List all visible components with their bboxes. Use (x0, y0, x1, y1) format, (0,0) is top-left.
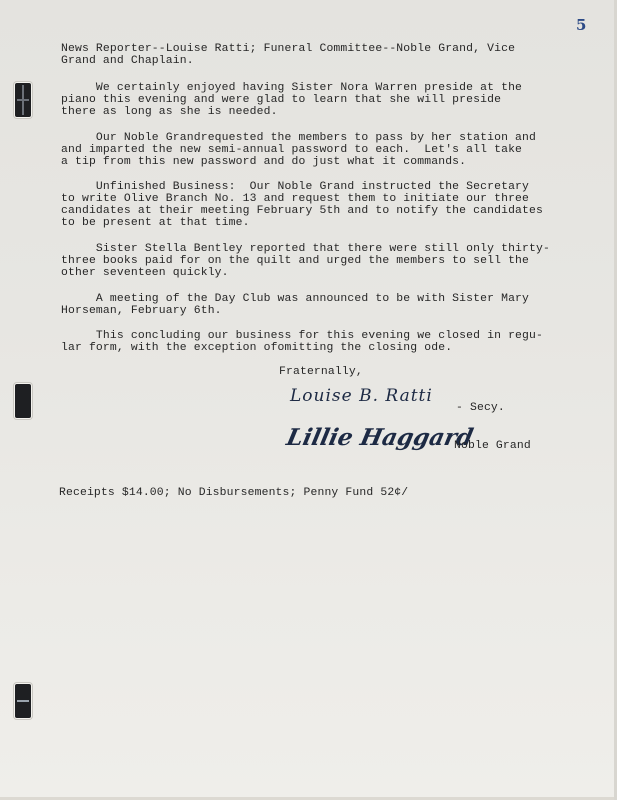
paragraph-password-line2: and imparted the new semi-annual passwor… (61, 144, 522, 156)
paragraph-committees-line2: Grand and Chaplain. (61, 55, 194, 67)
paragraph-closing-line1: This concluding our business for this ev… (61, 330, 543, 342)
binder-hole-top (15, 83, 31, 117)
paragraph-unfinished-business-line1: Unfinished Business: Our Noble Grand ins… (61, 181, 529, 193)
paragraph-day-club-line2: Horseman, February 6th. (61, 305, 222, 317)
paragraph-pianist-line2: piano this evening and were glad to lear… (61, 94, 501, 106)
paragraph-unfinished-business-line2: to write Olive Branch No. 13 and request… (61, 193, 529, 205)
paragraph-day-club-line1: A meeting of the Day Club was announced … (61, 293, 529, 305)
paragraph-password-line3: a tip from this new password and do just… (61, 156, 466, 168)
secretary-title: - Secy. (456, 402, 505, 414)
binder-hole-bottom (15, 684, 31, 718)
paragraph-pianist-line1: We certainly enjoyed having Sister Nora … (61, 82, 522, 94)
paragraph-closing-line2: lar form, with the exception ofomitting … (61, 342, 452, 354)
paragraph-pianist-line3: there as long as she is needed. (61, 106, 278, 118)
financial-summary: Receipts $14.00; No Disbursements; Penny… (59, 487, 408, 499)
paragraph-quilt-line1: Sister Stella Bentley reported that ther… (61, 243, 550, 255)
noble-grand-signature: Lillie Haggard (284, 424, 475, 451)
binder-hole-middle (15, 384, 31, 418)
secretary-signature: Louise B. Ratti (290, 386, 433, 406)
salutation: Fraternally, (279, 366, 363, 378)
paragraph-committees-line1: News Reporter--Louise Ratti; Funeral Com… (61, 43, 515, 55)
page-number: 5 (576, 16, 586, 34)
paragraph-quilt-line3: other seventeen quickly. (61, 267, 229, 279)
paragraph-quilt-line2: three books paid for on the quilt and ur… (61, 255, 529, 267)
paragraph-unfinished-business-line3: candidates at their meeting February 5th… (61, 205, 543, 217)
noble-grand-title: Noble Grand (454, 440, 531, 452)
document-page: 5 News Reporter--Louise Ratti; Funeral C… (0, 0, 617, 800)
paragraph-password-line1: Our Noble Grandrequested the members to … (61, 132, 536, 144)
paragraph-unfinished-business-line4: to be present at that time. (61, 217, 250, 229)
